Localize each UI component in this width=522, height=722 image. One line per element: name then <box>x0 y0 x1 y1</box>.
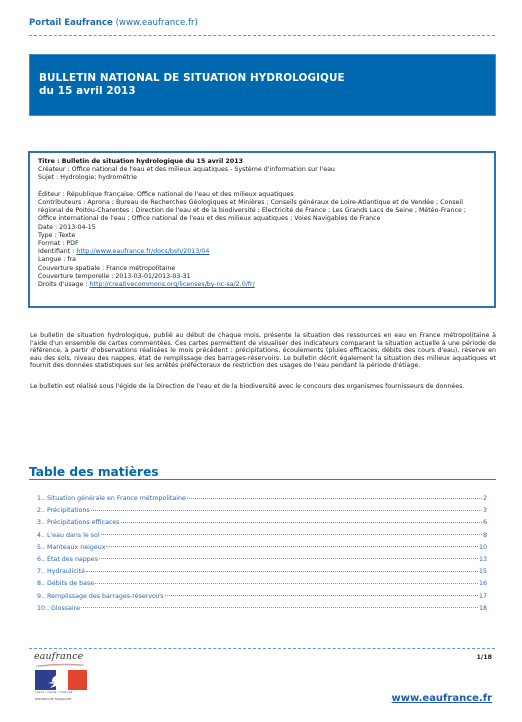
license-link[interactable]: http://creativecommons.org/licenses/by-n… <box>90 281 255 288</box>
toc-leader-dots <box>99 558 478 559</box>
meta-couverture-spatiale: Couverture spatiale : France métropolita… <box>38 265 486 273</box>
toc-leader-dots <box>101 534 482 535</box>
toc-entry-page: 15 <box>479 568 487 575</box>
metadata-box: Titre : Bulletin de situation hydrologiq… <box>28 151 496 308</box>
banner-date: du 15 avril 2013 <box>39 85 486 98</box>
toc-list: 1.. Situation générale en France métropo… <box>37 495 487 617</box>
portal-brand: Portail Eaufrance <box>29 18 113 28</box>
toc-entry[interactable]: 10.. Glossaire18 <box>37 605 487 617</box>
meta-sujet: Sujet : Hydrologie; hydrométrie <box>38 174 486 182</box>
credits-paragraph: Le bulletin est réalisé sous l'égide de … <box>30 383 496 391</box>
document-page: Portail Eaufrance (www.eaufrance.fr) BUL… <box>0 0 522 722</box>
meta-identifiant: Identifiant : http://www.eaufrance.fr/do… <box>38 248 486 256</box>
toc-leader-dots <box>106 546 478 547</box>
footer-website-link[interactable]: www.eaufrance.fr <box>392 693 492 704</box>
toc-entry-page: 10 <box>479 544 487 551</box>
portal-url: (www.eaufrance.fr) <box>116 18 198 28</box>
eaufrance-logo: eaufrance <box>34 651 83 662</box>
toc-leader-dots <box>121 522 482 523</box>
meta-editeur: Éditeur : République française. Office n… <box>38 191 486 199</box>
toc-entry[interactable]: 5.. Manteaux neigeux10 <box>37 544 487 556</box>
meta-spacer <box>38 183 486 191</box>
toc-heading: Table des matières <box>29 465 159 479</box>
toc-entry[interactable]: 4.. L'eau dans le sol8 <box>37 532 487 544</box>
toc-entry-page: 18 <box>479 605 487 612</box>
toc-entry-page: 6 <box>483 519 487 526</box>
tricolor-flag-icon <box>35 670 87 690</box>
toc-entry-page: 13 <box>479 556 487 563</box>
toc-entry-label: 6.. État des nappes <box>37 556 98 563</box>
meta-droits-label: Droits d'usage : <box>38 281 90 288</box>
meta-date: Date : 2013-04-15 <box>38 224 486 232</box>
banner-title: BULLETIN NATIONAL DE SITUATION HYDROLOGI… <box>39 72 486 85</box>
meta-droits: Droits d'usage : http://creativecommons.… <box>38 281 486 289</box>
toc-entry-label: 1.. Situation générale en France métropo… <box>37 495 186 502</box>
meta-identifiant-label: Identifiant : <box>38 248 76 255</box>
toc-divider <box>29 479 496 480</box>
toc-entry[interactable]: 6.. État des nappes13 <box>37 556 487 568</box>
toc-entry-page: 17 <box>479 593 487 600</box>
toc-leader-dots <box>86 571 478 572</box>
toc-leader-dots <box>91 510 482 511</box>
toc-entry-page: 8 <box>483 532 487 539</box>
header-divider <box>29 35 495 36</box>
eaufrance-swoosh-icon <box>36 663 84 667</box>
toc-entry[interactable]: 3.. Précipitations efficaces6 <box>37 519 487 531</box>
footer-divider <box>29 648 495 649</box>
republic-motto: Liberté • Égalité • Fraternité <box>35 691 87 694</box>
title-banner: BULLETIN NATIONAL DE SITUATION HYDROLOGI… <box>29 54 496 116</box>
toc-entry-page: 16 <box>479 580 487 587</box>
toc-entry[interactable]: 7.. Hydraulicité15 <box>37 568 487 580</box>
toc-leader-dots <box>95 583 478 584</box>
toc-entry-label: 7.. Hydraulicité <box>37 568 85 575</box>
portal-header: Portail Eaufrance (www.eaufrance.fr) <box>29 18 198 28</box>
toc-entry-label: 10.. Glossaire <box>37 605 80 612</box>
toc-leader-dots <box>165 595 478 596</box>
meta-contributeurs: Contributeurs : Aprona ; Bureau de Reche… <box>38 199 486 224</box>
toc-entry-label: 2.. Précipitations <box>37 507 90 514</box>
meta-format: Format : PDF <box>38 240 486 248</box>
toc-entry-label: 9.. Remplissage des barrages-réservoirs <box>37 593 164 600</box>
toc-entry-page: 3 <box>483 507 487 514</box>
marianne-logo: Liberté • Égalité • Fraternité RÉPUBLIQU… <box>35 670 87 704</box>
meta-type: Type : Texte <box>38 232 486 240</box>
page-counter: 1/18 <box>477 654 492 661</box>
marianne-profile-icon <box>45 672 71 689</box>
toc-entry-label: 4.. L'eau dans le sol <box>37 532 100 539</box>
meta-titre: Titre : Bulletin de situation hydrologiq… <box>38 158 486 166</box>
toc-entry[interactable]: 8.. Débits de base16 <box>37 580 487 592</box>
toc-entry-label: 5.. Manteaux neigeux <box>37 544 105 551</box>
toc-leader-dots <box>81 607 478 608</box>
toc-entry[interactable]: 9.. Remplissage des barrages-réservoirs1… <box>37 593 487 605</box>
toc-entry-label: 3.. Précipitations efficaces <box>37 519 120 526</box>
meta-langue: Langue : fra <box>38 256 486 264</box>
toc-entry[interactable]: 2.. Précipitations3 <box>37 507 487 519</box>
toc-entry-label: 8.. Débits de base <box>37 580 94 587</box>
toc-entry[interactable]: 1.. Situation générale en France métropo… <box>37 495 487 507</box>
intro-paragraph: Le bulletin de situation hydrologique, p… <box>30 332 496 370</box>
identifiant-link[interactable]: http://www.eaufrance.fr/docs/bsh/2013/04 <box>76 248 209 255</box>
meta-couverture-temporelle: Couverture temporelle : 2013-03-01/2013-… <box>38 273 486 281</box>
republic-name: RÉPUBLIQUE FRANÇAISE <box>35 697 87 701</box>
toc-entry-page: 2 <box>483 495 487 502</box>
toc-leader-dots <box>187 498 482 499</box>
